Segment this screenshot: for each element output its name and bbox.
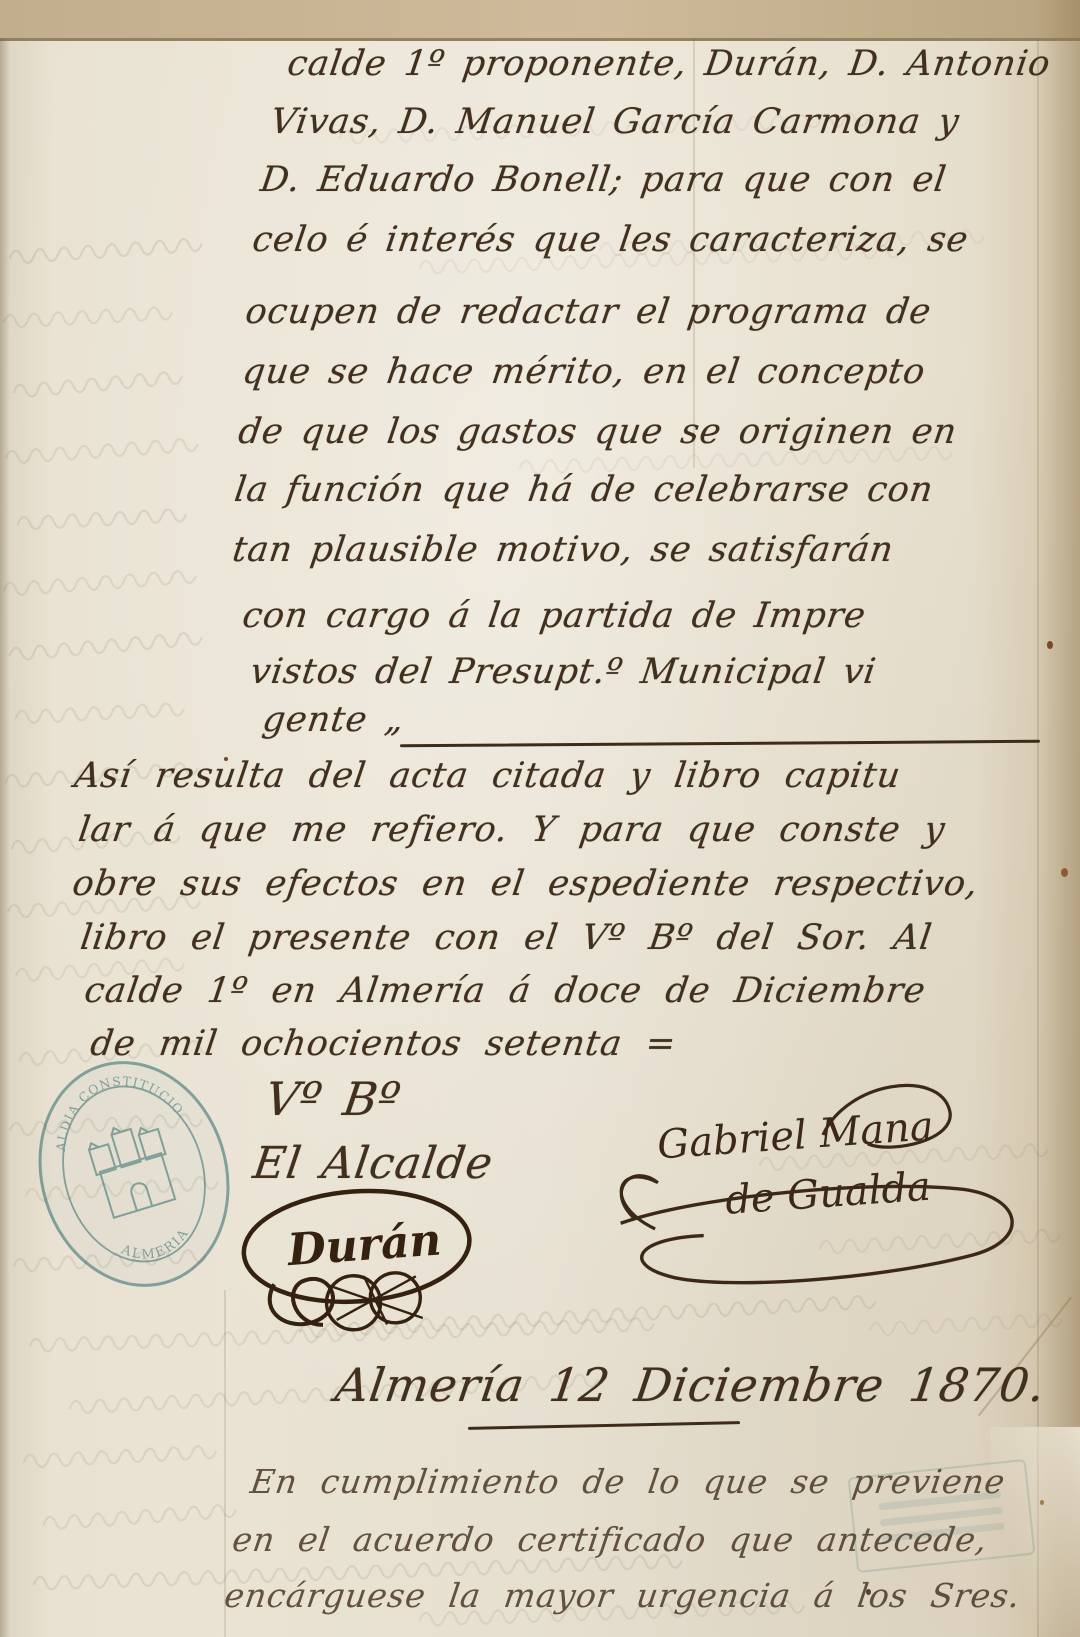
- ghost-writing-stroke: [10, 238, 202, 264]
- ink-speck: [1040, 1500, 1044, 1505]
- ghost-writing-stroke: [4, 570, 196, 596]
- ink-speck: [866, 1589, 871, 1595]
- quoted-line: Vivas, D. Manuel García Carmona y: [268, 102, 962, 142]
- secretary-name-line2: de Gualda: [724, 1164, 933, 1224]
- ghost-writing-stroke: [18, 508, 186, 530]
- dateline: Almería 12 Diciembre 1870.: [332, 1358, 1049, 1412]
- archive-stamp-text-line: [880, 1506, 1003, 1526]
- quoted-line: de que los gastos que se originen en: [236, 412, 960, 452]
- archive-stamp-text-line: [882, 1522, 1005, 1542]
- quoted-line: con cargo á la partida de Impre: [240, 596, 869, 636]
- certification-line: calde 1º en Almería á doce de Diciembre: [82, 971, 928, 1011]
- ink-speck: [224, 757, 228, 761]
- secretary-name-line1: Gabriel Mana: [656, 1103, 935, 1168]
- quoted-line: que se hace mérito, en el concepto: [240, 352, 928, 392]
- ghost-writing-stroke: [16, 702, 184, 724]
- duran-rubric-signature: Durán: [233, 1186, 493, 1346]
- quoted-line: la función que há de celebrarse con: [232, 470, 936, 510]
- certification-line: obre sus efectos en el espediente respec…: [70, 864, 981, 904]
- certification-line: Así resulta del acta citada y libro capi…: [72, 756, 903, 796]
- certification-line: libro el presente con el Vº Bº del Sor. …: [78, 918, 935, 958]
- decree-line: encárguese la mayor urgencia á los Sres.: [222, 1576, 1023, 1615]
- ghost-writing-stroke: [870, 1313, 1062, 1336]
- ghost-writing-stroke: [4, 306, 172, 328]
- quoted-line: vistos del Presupt.º Municipal vi: [248, 652, 879, 692]
- ghost-writing-stroke: [13, 371, 181, 398]
- quoted-line: D. Eduardo Bonell; para que con el: [258, 160, 949, 200]
- ghost-writing-stroke: [24, 1445, 216, 1468]
- certification-line: lar á que me refiero. Y para que conste …: [76, 810, 948, 850]
- ghost-writing-stroke: [6, 438, 198, 464]
- manuscript-page: calde 1º proponente, Durán, D. AntonioVi…: [0, 0, 1080, 1637]
- archive-stamp-text-line: [879, 1490, 1002, 1510]
- ink-speck: [1047, 641, 1053, 649]
- quoted-line: gente „: [260, 700, 407, 740]
- quoted-line: calde 1º proponente, Durán, D. Antonio: [285, 44, 1053, 84]
- quoted-line: celo é interés que les caracteriza, se: [250, 220, 971, 260]
- quoted-line: ocupen de redactar el programa de: [243, 292, 934, 332]
- ghost-writing-stroke: [9, 632, 201, 661]
- ink-speck: [1061, 868, 1068, 877]
- faint-archive-stamp: [847, 1459, 1035, 1573]
- quoted-line: tan plausible motivo, se satisfarán: [230, 530, 896, 570]
- secretary-signature: Gabriel Mana de Gualda: [575, 1078, 1045, 1308]
- visto-bueno: Vº Bº: [262, 1072, 404, 1126]
- ghost-writing-stroke: [44, 1504, 236, 1530]
- municipal-stamp: ALCALDIA CONSTITUCIONAL ALMERIA: [20, 1040, 250, 1310]
- duran-rubric-name: Durán: [284, 1215, 443, 1277]
- alcalde-title: El Alcalde: [250, 1138, 496, 1189]
